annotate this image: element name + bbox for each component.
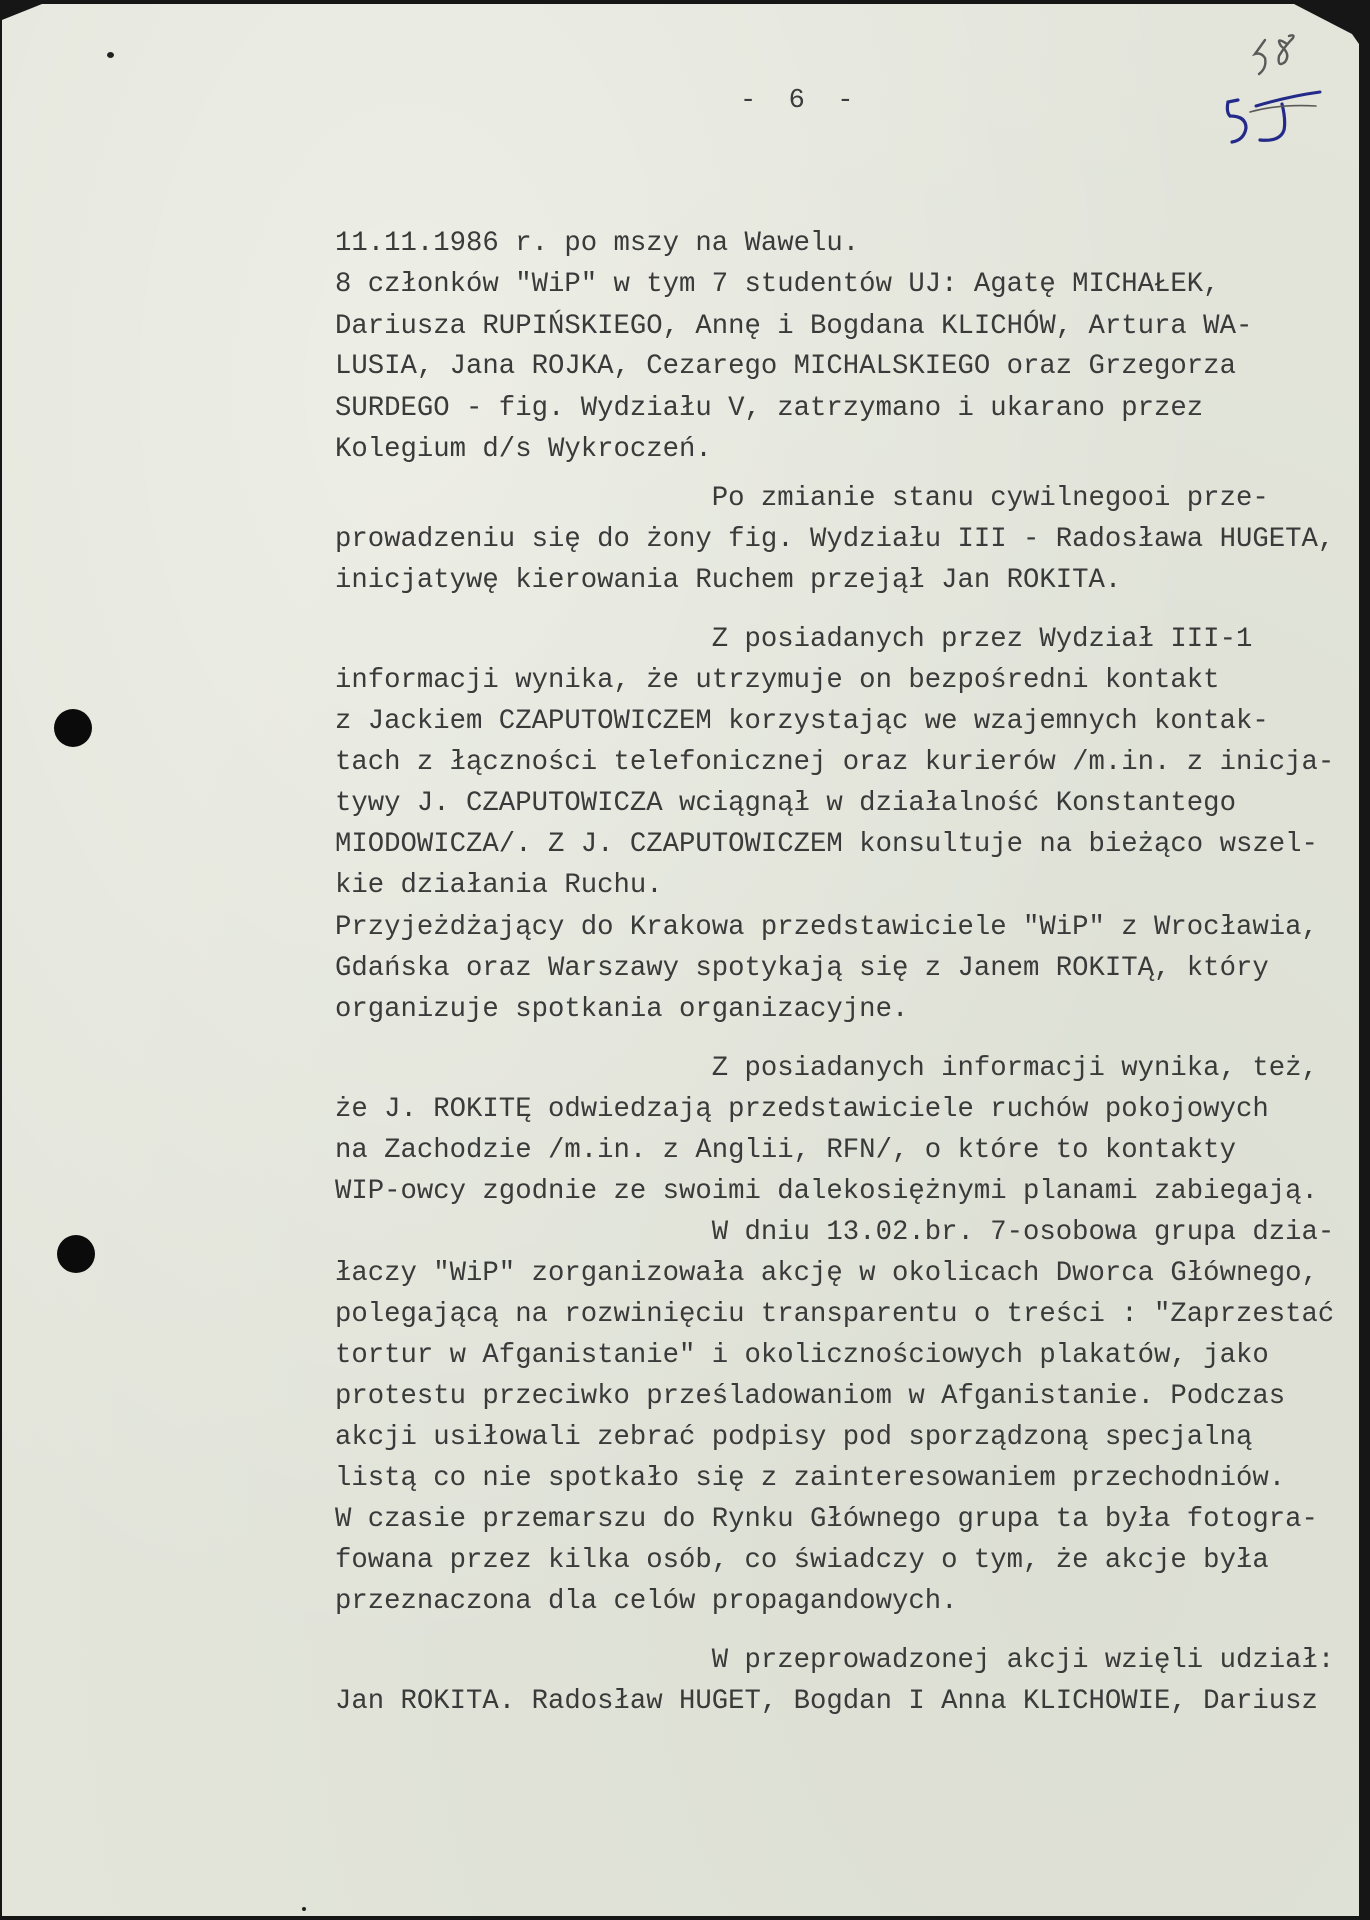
text-line: inicjatywę kierowania Ruchem przejął Jan… bbox=[335, 567, 1121, 594]
text-line: WIP-owcy zgodnie ze swoimi dalekosiężnym… bbox=[335, 1178, 1318, 1205]
text-line: Gdańska oraz Warszawy spotykają się z Ja… bbox=[335, 955, 1269, 982]
text-line: listą co nie spotkało się z zainteresowa… bbox=[335, 1465, 1285, 1492]
text-line: Kolegium d/s Wykroczeń. bbox=[335, 436, 712, 463]
text-line: 11.11.1986 r. po mszy na Wawelu. bbox=[335, 230, 859, 257]
text-line: Po zmianie stanu cywilnegooi prze- bbox=[335, 485, 1269, 512]
ink-speck bbox=[302, 1907, 306, 1911]
text-line: Z posiadanych informacji wynika, też, bbox=[335, 1055, 1318, 1082]
text-line: łaczy "WiP" zorganizowała akcję w okolic… bbox=[335, 1260, 1318, 1287]
text-line: kie działania Ruchu. bbox=[335, 872, 663, 899]
text-line: LUSIA, Jana ROJKA, Cezarego MICHALSKIEGO… bbox=[335, 353, 1236, 380]
text-line: akcji usiłowali zebrać podpisy pod sporz… bbox=[335, 1424, 1252, 1451]
punch-hole-upper bbox=[54, 709, 92, 747]
text-line: 8 członków "WiP" w tym 7 studentów UJ: A… bbox=[335, 271, 1220, 298]
punch-hole-lower bbox=[57, 1235, 95, 1273]
handwritten-pencil-number bbox=[1251, 32, 1301, 80]
text-line: przeznaczona dla celów propagandowych. bbox=[335, 1588, 957, 1615]
text-line: prowadzeniu się do żony fig. Wydziału II… bbox=[335, 526, 1334, 553]
text-line: fowana przez kilka osób, co świadczy o t… bbox=[335, 1547, 1269, 1574]
text-line: tywy J. CZAPUTOWICZA wciągnął w działaln… bbox=[335, 790, 1236, 817]
text-line: W czasie przemarszu do Rynku Głównego gr… bbox=[335, 1506, 1318, 1533]
text-line: Z posiadanych przez Wydział III-1 bbox=[335, 626, 1252, 653]
text-line: Jan ROKITA. Radosław HUGET, Bogdan I Ann… bbox=[335, 1688, 1318, 1715]
text-line: tach z łączności telefonicznej oraz kuri… bbox=[335, 749, 1334, 776]
page-number: - 6 - bbox=[740, 86, 853, 116]
text-line: że J. ROKITĘ odwiedzają przedstawiciele … bbox=[335, 1096, 1269, 1123]
ink-speck bbox=[107, 52, 114, 58]
text-line: Przyjeżdżający do Krakowa przedstawiciel… bbox=[335, 914, 1318, 941]
handwritten-ink-number bbox=[1220, 90, 1322, 146]
text-line: tortur w Afganistanie" i okolicznościowy… bbox=[335, 1342, 1269, 1369]
text-line: polegającą na rozwinięciu transparentu o… bbox=[335, 1301, 1334, 1328]
text-line: z Jackiem CZAPUTOWICZEM korzystając we w… bbox=[335, 708, 1269, 735]
paper-sheet: - 6 - 11.11.1986 r. po mszy na Wawelu.8 … bbox=[2, 4, 1359, 1916]
text-line: SURDEGO - fig. Wydziału V, zatrzymano i … bbox=[335, 395, 1203, 422]
scanned-document: - 6 - 11.11.1986 r. po mszy na Wawelu.8 … bbox=[0, 0, 1370, 1920]
text-line: W dniu 13.02.br. 7-osobowa grupa dzia- bbox=[335, 1219, 1334, 1246]
text-line: W przeprowadzonej akcji wzięli udział: bbox=[335, 1647, 1334, 1674]
text-line: MIODOWICZA/. Z J. CZAPUTOWICZEM konsultu… bbox=[335, 831, 1318, 858]
text-line: protestu przeciwko prześladowaniom w Afg… bbox=[335, 1383, 1285, 1410]
text-line: organizuje spotkania organizacyjne. bbox=[335, 996, 908, 1023]
text-line: na Zachodzie /m.in. z Anglii, RFN/, o kt… bbox=[335, 1137, 1236, 1164]
text-line: Dariusza RUPIŃSKIEGO, Annę i Bogdana KLI… bbox=[335, 313, 1252, 340]
text-line: informacji wynika, że utrzymuje on bezpo… bbox=[335, 667, 1220, 694]
